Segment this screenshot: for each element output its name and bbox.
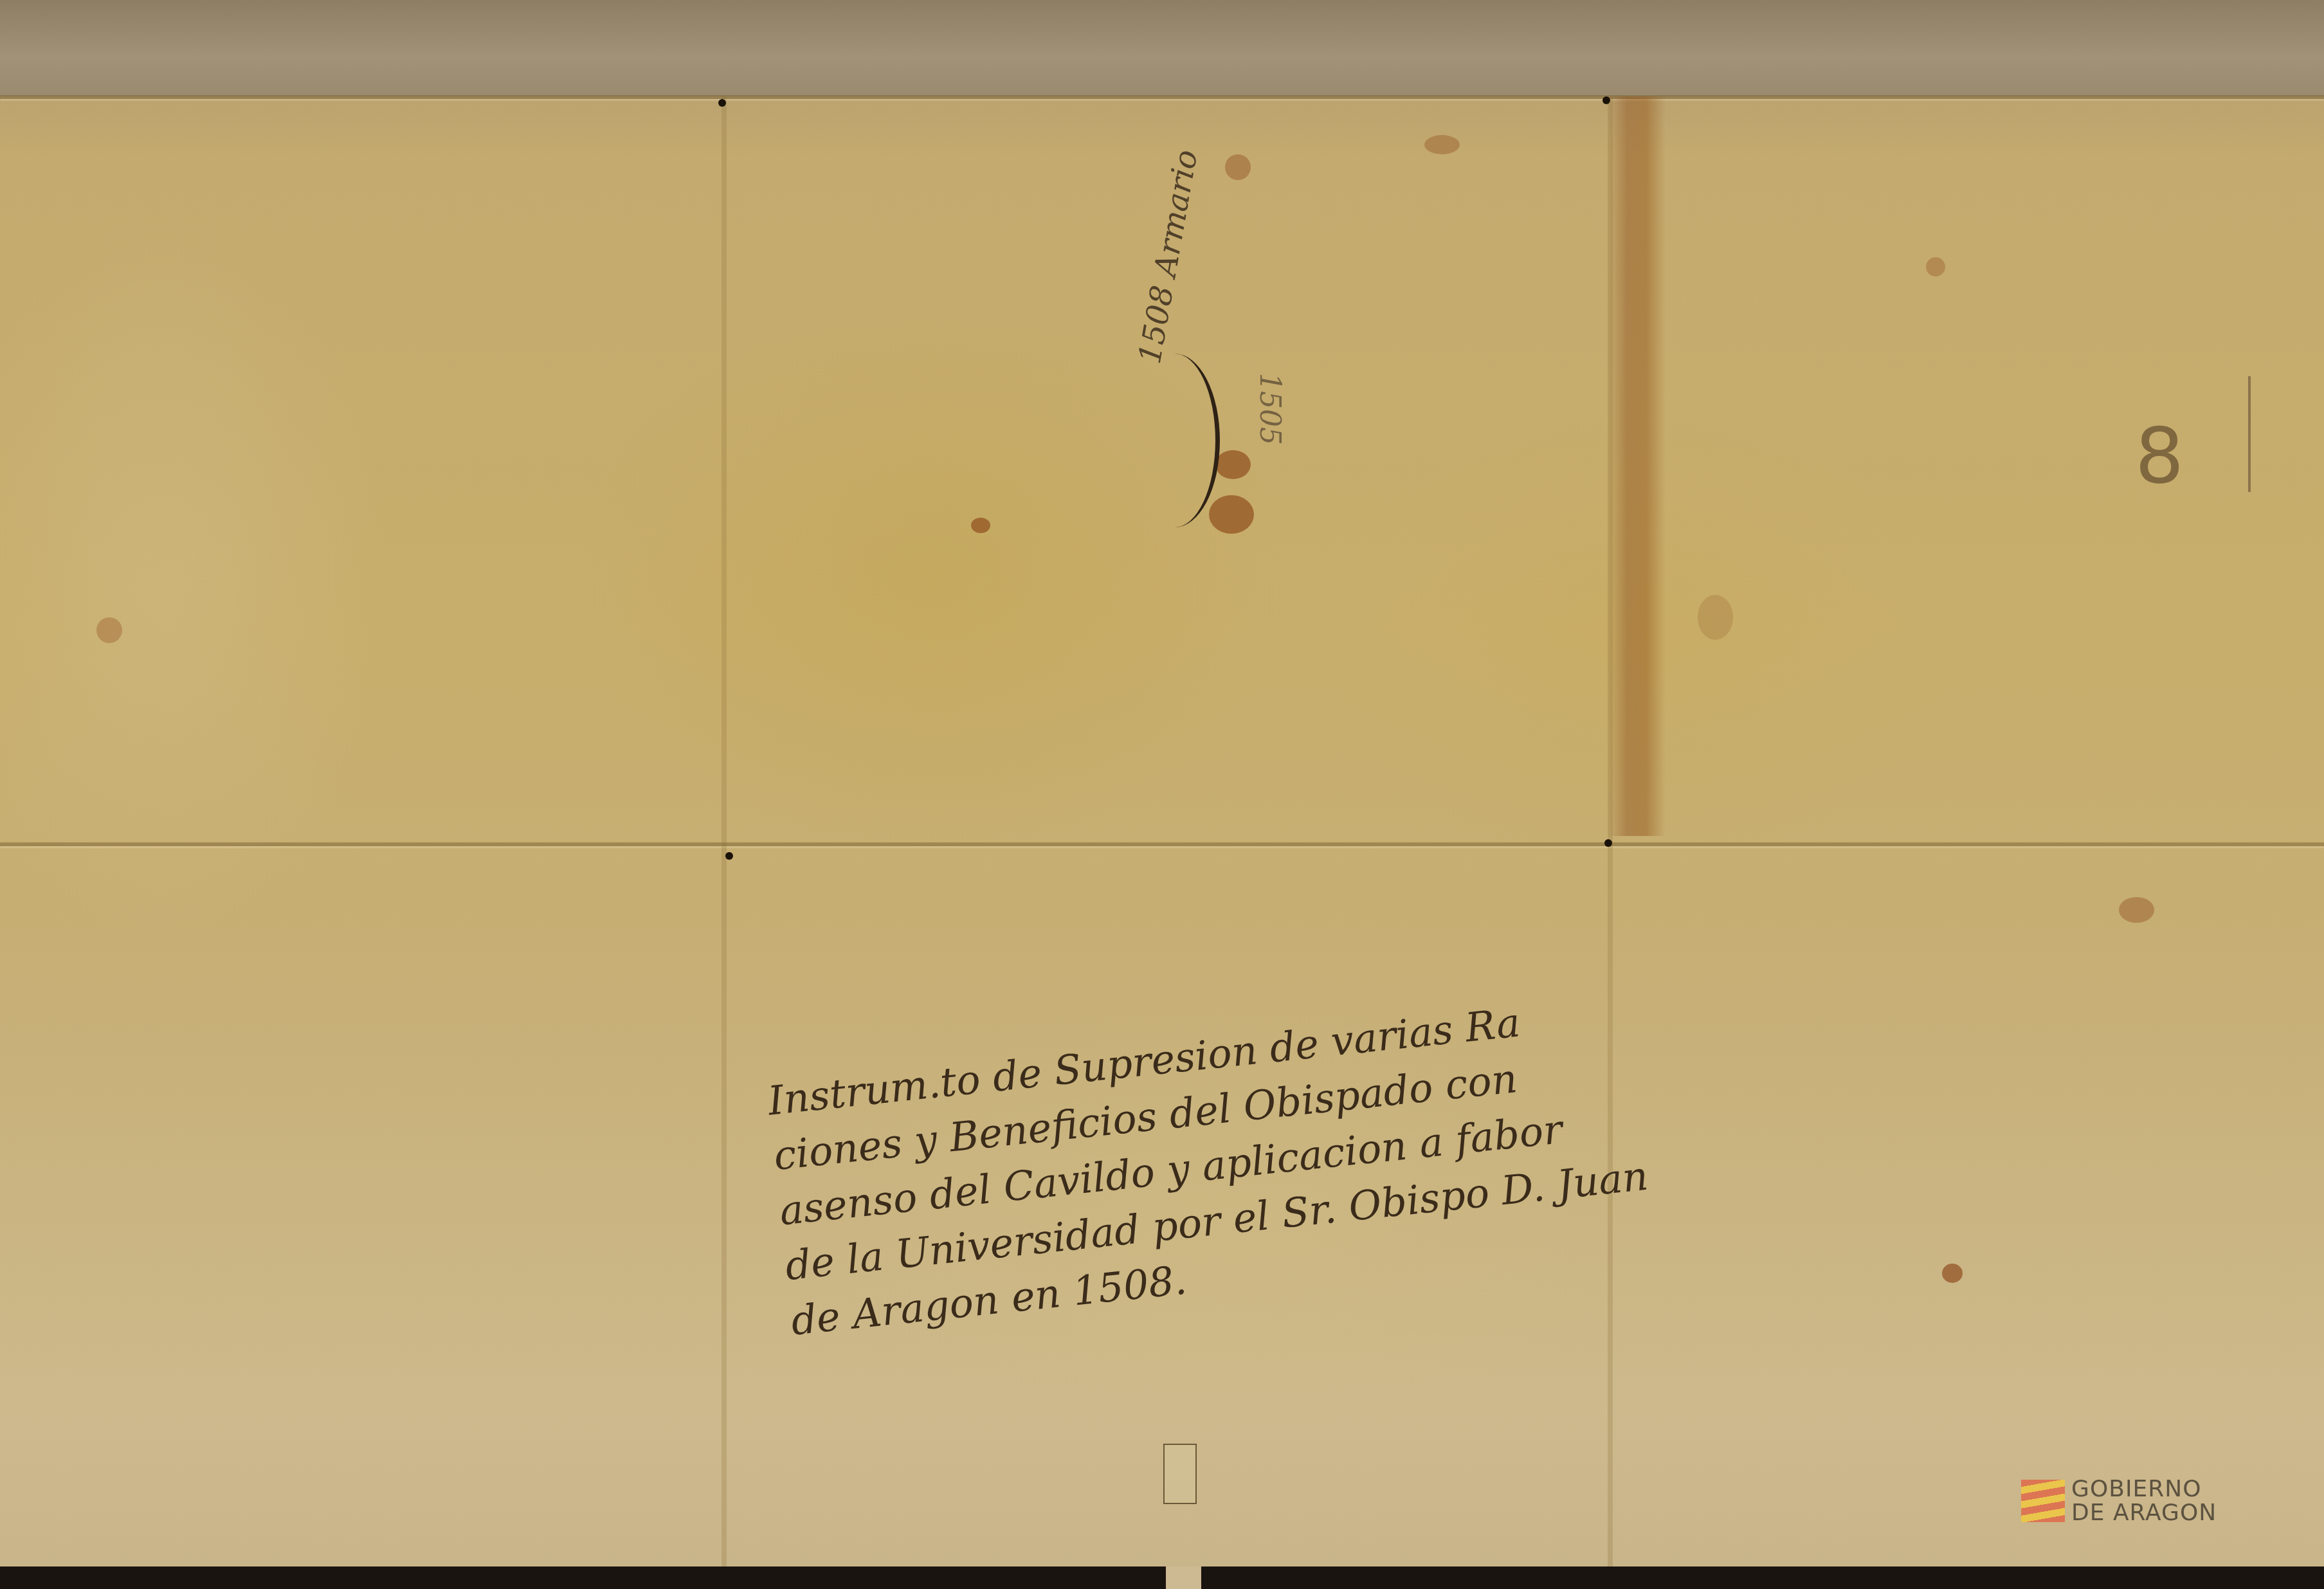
stain bbox=[1926, 257, 1945, 277]
stain bbox=[1698, 595, 1733, 640]
hole bbox=[1604, 839, 1612, 847]
stain bbox=[1424, 135, 1460, 154]
pencil-year: 1505 bbox=[1253, 373, 1286, 445]
watermark-line1: GOBIERNO bbox=[2071, 1477, 2217, 1501]
corner-mark: 8 bbox=[2135, 412, 2184, 501]
ink-arc-mark bbox=[1145, 354, 1220, 527]
fold-line-middle bbox=[0, 842, 2324, 846]
stain bbox=[96, 617, 122, 643]
stain bbox=[2119, 897, 2154, 923]
stain bbox=[971, 518, 990, 533]
seal-slot-patch bbox=[1163, 1444, 1197, 1504]
pencil-line bbox=[2248, 376, 2251, 492]
fold-line-top bbox=[0, 95, 2324, 99]
hole bbox=[718, 99, 726, 107]
ink-stain bbox=[1215, 450, 1251, 479]
stain-band bbox=[1608, 96, 1666, 836]
hole bbox=[1602, 96, 1610, 104]
archival-vertical-note: 1508 Armario bbox=[1132, 147, 1205, 367]
watermark-text: GOBIERNO DE ARAGON bbox=[2071, 1477, 2217, 1525]
parchment-sheet: 1508 Armario 1505 8 Instrum.to de Supres… bbox=[0, 0, 2324, 1566]
handwritten-inscription: Instrum.to de Supresion de varias Ra cio… bbox=[765, 983, 1657, 1349]
fold-line-left bbox=[722, 96, 727, 1566]
hole bbox=[725, 852, 733, 860]
parchment-tab bbox=[1166, 1566, 1201, 1589]
ink-stain bbox=[1209, 495, 1254, 534]
stain bbox=[1942, 1264, 1963, 1283]
top-fold-flap bbox=[0, 0, 2324, 96]
stain bbox=[1225, 154, 1251, 180]
watermark-line2: DE ARAGON bbox=[2071, 1501, 2217, 1525]
aragon-flag-icon bbox=[2021, 1480, 2065, 1522]
gobierno-de-aragon-watermark: GOBIERNO DE ARAGON bbox=[2021, 1477, 2217, 1525]
